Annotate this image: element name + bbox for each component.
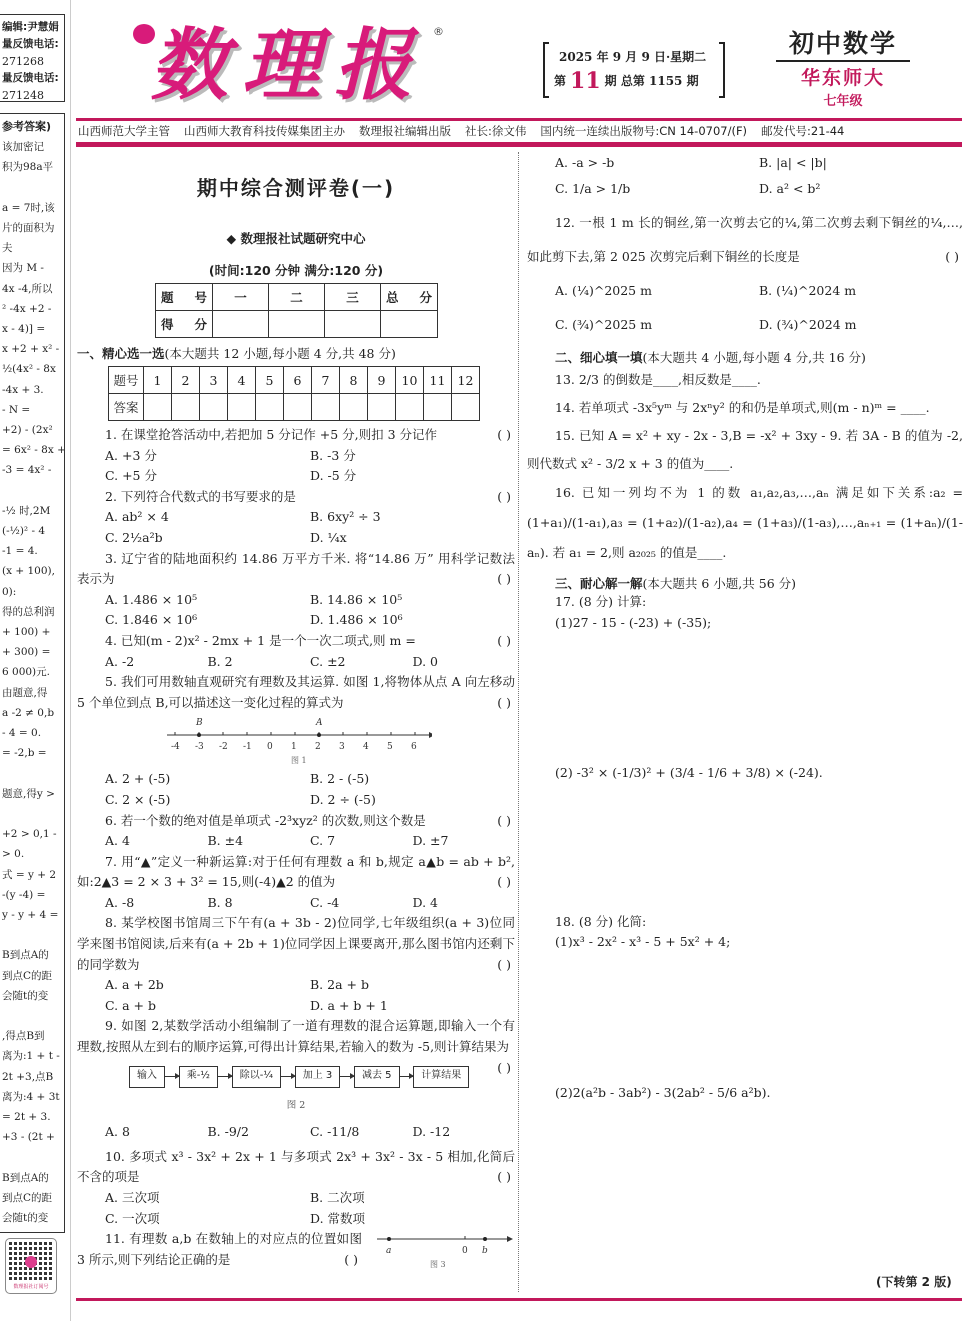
qr-code[interactable]: 数理报社订阅号 <box>5 1238 57 1294</box>
score-header-2: 二 <box>269 284 325 311</box>
answer-number-5: 5 <box>256 367 284 394</box>
question-17: 17. (8 分) 计算: (1)27 - 15 - (-23) + (-35)… <box>527 592 963 912</box>
answer-cell-8[interactable] <box>340 394 368 421</box>
svg-text:6: 6 <box>411 742 417 752</box>
score-header-total: 总 分 <box>381 284 438 311</box>
answer-line: > 0. <box>2 844 61 864</box>
svg-text:-1: -1 <box>243 742 252 752</box>
q7-option-b: B. 8 <box>208 893 311 914</box>
answer-line: -1 = 4. <box>2 541 61 561</box>
left-column: 期中综合测评卷(一) ◆ 数理报社试题研究中心 (时间:120 分钟 满分:12… <box>77 152 515 1270</box>
answer-line: a = 7时,该 <box>2 198 61 218</box>
q8-stem: 8. 某学校图书馆周三下午有(a + 3b - 2)位同学,七年级组织(a + … <box>77 915 515 971</box>
svg-text:4: 4 <box>363 742 369 752</box>
q5-option-c: C. 2 × (-5) <box>105 790 310 811</box>
question-9: 9. 如图 2,某数学活动小组编制了一道有理数的混合运算题,即输入一个有理数,按… <box>77 1016 515 1142</box>
q11-option-c: C. 1/a > 1/b <box>555 176 759 202</box>
question-14: 14. 若单项式 -3x⁵yᵐ 与 2xⁿy² 的和仍是单项式,则(m - n)… <box>527 394 963 422</box>
svg-text:0: 0 <box>462 1246 468 1256</box>
answer-line <box>2 764 61 784</box>
q17-part1-answer-space[interactable] <box>527 633 963 763</box>
section1-heading: 一、精心选一选(本大题共 12 小题,每小题 4 分,共 48 分) <box>77 344 515 362</box>
q6-answer-paren[interactable]: ( ) <box>469 811 511 832</box>
qr-logo-icon <box>25 1256 37 1268</box>
answer-line: - N = <box>2 400 61 420</box>
q12-option-a: A. (¼)^2025 m <box>555 274 759 308</box>
q18-part1-answer-space[interactable] <box>527 953 963 1083</box>
answer-line: B到点A的 <box>2 945 61 965</box>
bracket-right <box>719 42 725 98</box>
svg-text:1: 1 <box>291 742 297 752</box>
answer-line: ½(4x² - 8x <box>2 359 61 379</box>
answer-line: 题意,得y > <box>2 784 61 804</box>
svg-text:图 1: 图 1 <box>291 756 307 765</box>
score-cell-total[interactable] <box>381 311 438 338</box>
answer-line: -4x + 3. <box>2 380 61 400</box>
answer-line: 到点C的距 <box>2 966 61 986</box>
question-2: 2. 下列符合代数式的书写要求的是( ) A. ab² × 4B. 6xy² ÷… <box>77 487 515 549</box>
q6-option-b: B. ±4 <box>208 831 311 852</box>
q10-option-d: D. 常数项 <box>310 1209 515 1230</box>
answer-line: + 100) + <box>2 622 61 642</box>
q4-option-c: C. ±2 <box>310 652 413 673</box>
q17-part2: (2) -3² × (-1/3)² + (3/4 - 1/6 + 3/8) × … <box>527 763 963 784</box>
q5-option-a: A. 2 + (-5) <box>105 769 310 790</box>
q12-option-d: D. (¾)^2024 m <box>759 308 963 342</box>
feedback-phone-2: 271248 <box>2 87 61 102</box>
answer-number-6: 6 <box>284 367 312 394</box>
flow-arrow-icon <box>165 1076 179 1077</box>
registered-mark: ® <box>433 25 444 38</box>
q10-option-c: C. 一次项 <box>105 1209 310 1230</box>
answer-line: a -2 ≠ 0,b <box>2 703 61 723</box>
q5-option-d: D. 2 ÷ (-5) <box>310 790 515 811</box>
answer-line: 离为:4 + 3t <box>2 1087 61 1107</box>
exam-source: ◆ 数理报社试题研究中心 <box>77 229 515 247</box>
answer-line <box>2 1006 61 1026</box>
answer-line <box>2 178 61 198</box>
svg-text:a: a <box>386 1246 391 1256</box>
answer-line: 得的总利润 <box>2 602 61 622</box>
answer-cell-1[interactable] <box>144 394 172 421</box>
figure-1-number-line: -4-3B-2-1012A3456图 1 <box>167 713 432 769</box>
answer-line: ² -4x +2 - <box>2 299 61 319</box>
newspaper-logo: 数理报 <box>130 18 450 113</box>
q2-option-c: C. 2½a²b <box>105 528 310 549</box>
q4-answer-paren[interactable]: ( ) <box>469 631 511 652</box>
answer-line: 片的面积为 <box>2 218 61 238</box>
strip-divider <box>70 0 71 1321</box>
exam-title: 期中综合测评卷(一) <box>77 172 515 201</box>
score-cell-1[interactable] <box>213 311 269 338</box>
section1-note: (本大题共 12 小题,每小题 4 分,共 48 分) <box>165 346 396 361</box>
figure-2-flowchart: 输入 乘-½ 除以-¼ 加上 3 减去 5 计算结果 <box>129 1066 469 1088</box>
answer-line: = 6x² - 8x + <box>2 440 61 460</box>
question-13: 13. 2/3 的倒数是____,相反数是____. <box>527 366 963 394</box>
answer-line <box>2 804 61 824</box>
answer-number-2: 2 <box>172 367 200 394</box>
answer-line: 0): <box>2 582 61 602</box>
answer-line: x - 4)] = <box>2 319 61 339</box>
subject-title: 初中数学 <box>776 28 910 62</box>
previous-answers-box: 参考答案) 该加密记积为98a平 a = 7时,该片的面积为夫因为 M -4x … <box>0 113 65 1233</box>
question-8: 8. 某学校图书馆周三下午有(a + 3b - 2)位同学,七年级组织(a + … <box>77 913 515 1016</box>
q8-option-b: B. 2a + b <box>310 975 515 996</box>
answer-line: 因为 M - <box>2 258 61 278</box>
svg-text:-4: -4 <box>171 742 180 752</box>
feedback-label-1: 量反馈电话: <box>2 36 61 53</box>
q18-stem: 18. (8 分) 化简: <box>527 912 963 933</box>
number-line-graphic: -4-3B-2-1012A3456图 1 <box>167 713 432 769</box>
answer-number-9: 9 <box>368 367 396 394</box>
flow-subtract: 减去 5 <box>354 1066 400 1088</box>
question-3: 3. 辽宁省的陆地面积约 14.86 万平方千米. 将“14.86 万” 用科学… <box>77 549 515 631</box>
answer-cell-2[interactable] <box>172 394 200 421</box>
q7-option-c: C. -4 <box>310 893 413 914</box>
q8-option-a: A. a + 2b <box>105 975 310 996</box>
q7-option-a: A. -8 <box>105 893 208 914</box>
score-header-1: 一 <box>213 284 269 311</box>
question-18: 18. (8 分) 化简: (1)x³ - 2x² - x³ - 5 + 5x²… <box>527 912 963 1244</box>
answer-line: (-½)² - 4 <box>2 521 61 541</box>
answer-cell-10[interactable] <box>396 394 424 421</box>
answer-number-1: 1 <box>144 367 172 394</box>
q12-option-b: B. (¼)^2024 m <box>759 274 963 308</box>
svg-text:b: b <box>482 1246 488 1256</box>
question-16: 16. 已知一列均不为 1 的数 a₁,a₂,a₃,…,aₙ 满足如下关系:a₂… <box>527 478 963 568</box>
feedback-phone-1: 271268 <box>2 53 61 70</box>
q6-option-c: C. 7 <box>310 831 413 852</box>
section2-title: 二、细心填一填 <box>555 350 643 365</box>
answer-line <box>2 481 61 501</box>
answer-line: 离为:1 + t - <box>2 1046 61 1066</box>
q9-stem: 9. 如图 2,某数学活动小组编制了一道有理数的混合运算题,即输入一个有理数,按… <box>77 1018 515 1054</box>
score-row-label: 得 分 <box>156 311 213 338</box>
q3-answer-paren[interactable]: ( ) <box>469 569 511 590</box>
question-15: 15. 已知 A = x² + xy - 2x - 3,B = -x² + 3x… <box>527 422 963 478</box>
answer-number-12: 12 <box>452 367 480 394</box>
q18-part1: (1)x³ - 2x² - x³ - 5 + 5x² + 4; <box>527 932 963 953</box>
q14-text: 14. 若单项式 -3x⁵yᵐ 与 2xⁿy² 的和仍是单项式,则(m - n)… <box>527 394 963 422</box>
q10-answer-paren[interactable]: ( ) <box>469 1167 511 1188</box>
q11-option-d: D. a² < b² <box>759 176 963 202</box>
answer-table-number-label: 题号 <box>109 367 144 394</box>
q12-answer-paren[interactable]: ( ) <box>917 240 959 274</box>
info-postal-code: 邮发代号:21-44 <box>761 123 844 139</box>
flow-arrow-icon <box>218 1076 232 1077</box>
section3-title: 三、耐心解一解 <box>555 576 643 591</box>
score-cell-2[interactable] <box>269 311 325 338</box>
answer-line: 夫 <box>2 238 61 258</box>
feedback-label-2: 量反馈电话: <box>2 70 61 87</box>
q4-option-d: D. 0 <box>413 652 516 673</box>
q2-option-b: B. 6xy² ÷ 3 <box>310 507 515 528</box>
figure-3-number-line: a 0 b 图 3 <box>375 1231 515 1271</box>
answer-cell-3[interactable] <box>200 394 228 421</box>
date-issue-block: 2025 年 9 月 9 日·星期二 第11期 总第 1155 期 <box>543 42 725 98</box>
score-cell-3[interactable] <box>325 311 381 338</box>
q1-answer-paren[interactable]: ( ) <box>469 425 511 446</box>
svg-text:5: 5 <box>387 742 393 752</box>
svg-text:图 3: 图 3 <box>430 1260 446 1269</box>
answer-number-3: 3 <box>200 367 228 394</box>
section2-note: (本大题共 4 小题,每小题 4 分,共 16 分) <box>643 350 866 365</box>
answer-line: 6 000)元. <box>2 662 61 682</box>
page-bottom-rule <box>76 1298 962 1301</box>
flow-input: 输入 <box>129 1066 165 1088</box>
info-publisher: 数理报社编辑出版 <box>359 123 451 139</box>
question-4: 4. 已知(m - 2)x² - 2mx + 1 是一个一次二项式,则 m =(… <box>77 631 515 672</box>
answer-table: 题号123456789101112 答案 <box>108 366 480 421</box>
svg-text:-3: -3 <box>195 742 204 752</box>
qr-pattern <box>9 1242 53 1282</box>
info-president: 社长:徐文伟 <box>465 123 526 139</box>
exam-time-limit: (时间:120 分钟 满分:120 分) <box>77 261 515 279</box>
masthead-rule-bottom <box>76 142 962 147</box>
answer-cell-9[interactable] <box>368 394 396 421</box>
question-1: 1. 在课堂抢答活动中,若把加 5 分记作 +5 分,则扣 3 分记作( ) A… <box>77 425 515 487</box>
q9-option-a: A. 8 <box>105 1122 208 1143</box>
answer-line: x +2 + x² - <box>2 339 61 359</box>
answer-lines: 该加密记积为98a平 a = 7时,该片的面积为夫因为 M -4x -4,所以²… <box>2 137 61 1233</box>
q6-option-a: A. 4 <box>105 831 208 852</box>
answer-line: B到点A的 <box>2 1168 61 1188</box>
q1-stem: 1. 在课堂抢答活动中,若把加 5 分记作 +5 分,则扣 3 分记作 <box>105 427 437 442</box>
flow-arrow-icon <box>340 1076 354 1077</box>
q9-answer-paren[interactable]: ( ) <box>469 1058 511 1079</box>
answer-line: y - y + 4 = <box>2 905 61 925</box>
flow-multiply: 乘-½ <box>179 1066 218 1088</box>
q8-answer-paren[interactable]: ( ) <box>469 955 511 976</box>
issue-line: 第11期 总第 1155 期 <box>554 68 699 94</box>
section3-note: (本大题共 6 小题,共 56 分) <box>643 576 796 591</box>
answer-line: 积为98a平 <box>2 157 61 177</box>
q6-stem: 6. 若一个数的绝对值是单项式 -2³xyz² 的次数,则这个数是 <box>105 813 426 828</box>
q18-part2-answer-space[interactable] <box>527 1104 963 1244</box>
q7-stem: 7. 用“▲”定义一种新运算:对于任何有理数 a 和 b,规定 a▲b = ab… <box>77 854 515 890</box>
answer-cell-11[interactable] <box>424 394 452 421</box>
flow-arrow-icon <box>281 1076 295 1077</box>
q1-option-a: A. +3 分 <box>105 446 310 467</box>
editor-contact-box: 编辑:尹慧娟 量反馈电话: 271268 量反馈电话: 271248 <box>0 14 65 102</box>
answer-line: 式 = y + 2 <box>2 865 61 885</box>
q5-stem: 5. 我们可用数轴直观研究有理数及其运算. 如图 1,将物体从点 A 向左移动 … <box>77 674 515 710</box>
q18-part2: (2)2(a²b - 3ab²) - 3(2ab² - 5/6 a²b). <box>527 1083 963 1104</box>
column-divider <box>518 152 519 1292</box>
q2-answer-paren[interactable]: ( ) <box>469 487 511 508</box>
answer-line: +3 - (2t + <box>2 1127 61 1147</box>
answer-number-10: 10 <box>396 367 424 394</box>
q7-answer-paren[interactable]: ( ) <box>469 872 511 893</box>
flow-divide: 除以-¼ <box>232 1066 281 1088</box>
answer-line: -(y -4) = <box>2 885 61 905</box>
continued-notice: (下转第 2 版) <box>876 1273 952 1290</box>
section1-title: 一、精心选一选 <box>77 346 165 361</box>
q9-option-d: D. -12 <box>413 1122 516 1143</box>
answer-number-11: 11 <box>424 367 452 394</box>
answer-number-8: 8 <box>340 367 368 394</box>
q3-option-a: A. 1.486 × 10⁵ <box>105 590 310 611</box>
q3-option-c: C. 1.846 × 10⁶ <box>105 610 310 631</box>
q5-option-b: B. 2 - (-5) <box>310 769 515 790</box>
answer-cell-7[interactable] <box>312 394 340 421</box>
q2-option-d: D. ¼x <box>310 528 515 549</box>
answer-line: 到点C的距 <box>2 1188 61 1208</box>
answer-line: 会随t的变 <box>2 1208 61 1228</box>
answer-line: -3 = 4x² - <box>2 460 61 480</box>
q1-option-b: B. -3 分 <box>310 446 515 467</box>
answer-line <box>2 925 61 945</box>
answer-line: 其值为0. <box>2 1228 61 1233</box>
q8-option-d: D. a + b + 1 <box>310 996 515 1017</box>
svg-text:0: 0 <box>267 742 273 752</box>
answer-number-7: 7 <box>312 367 340 394</box>
q9-option-b: B. -9/2 <box>208 1122 311 1143</box>
issue-prefix: 第 <box>554 74 566 88</box>
q10-option-a: A. 三次项 <box>105 1188 310 1209</box>
qr-caption: 数理报社订阅号 <box>9 1283 53 1290</box>
answer-cell-6[interactable] <box>284 394 312 421</box>
issue-total: 期 总第 1155 期 <box>605 74 699 88</box>
q12-stem: 12. 一根 1 m 长的铜丝,第一次剪去它的¼,第二次剪去剩下铜丝的¼,…,如… <box>527 215 963 264</box>
answer-line: = -2,b = <box>2 743 61 763</box>
figure-2-caption: 图 2 <box>77 1096 515 1117</box>
answer-line: ,得点B到 <box>2 1026 61 1046</box>
answer-line: 4x -4,所以 <box>2 279 61 299</box>
info-cn-number: 国内统一连续出版物号:CN 14-0707/(F) <box>540 123 747 139</box>
q4-stem: 4. 已知(m - 2)x² - 2mx + 1 是一个一次二项式,则 m = <box>105 633 416 648</box>
q11-option-b: B. |a| < |b| <box>759 150 963 176</box>
answer-table-answer-label: 答案 <box>109 394 144 421</box>
editor-line: 编辑:尹慧娟 <box>2 19 61 36</box>
q2-option-a: A. ab² × 4 <box>105 507 310 528</box>
q12-option-c: C. (¾)^2025 m <box>555 308 759 342</box>
answer-line: = 2t + 3. <box>2 1107 61 1127</box>
q15-text: 15. 已知 A = x² + xy - 2x - 3,B = -x² + 3x… <box>527 422 963 478</box>
question-12: 12. 一根 1 m 长的铜丝,第一次剪去它的¼,第二次剪去剩下铜丝的¼,…,如… <box>527 206 963 342</box>
q11-option-a: A. -a > -b <box>555 150 759 176</box>
q11-answer-paren[interactable]: ( ) <box>316 1250 358 1271</box>
publication-info: 山西师范大学主管 山西师大教育科技传媒集团主办 数理报社编辑出版 社长:徐文伟 … <box>78 123 962 139</box>
q4-option-a: A. -2 <box>105 652 208 673</box>
q7-option-d: D. 4 <box>413 893 516 914</box>
flow-result: 计算结果 <box>413 1066 469 1088</box>
q3-option-b: B. 14.86 × 10⁵ <box>310 590 515 611</box>
q1-option-c: C. +5 分 <box>105 466 310 487</box>
svg-text:-2: -2 <box>219 742 228 752</box>
svg-text:2: 2 <box>315 742 321 752</box>
question-5: 5. 我们可用数轴直观研究有理数及其运算. 如图 1,将物体从点 A 向左移动 … <box>77 672 515 810</box>
answer-line: 会随t的变 <box>2 986 61 1006</box>
question-11: 11. 有理数 a,b 在数轴上的对应点的位置如图 3 所示,则下列结论正确的是… <box>77 1229 515 1270</box>
q17-part1: (1)27 - 15 - (-23) + (-35); <box>527 613 963 634</box>
issue-date: 2025 年 9 月 9 日·星期二 <box>559 48 706 65</box>
edition-publisher: 华东师大 <box>776 63 910 90</box>
answer-cell-4[interactable] <box>228 394 256 421</box>
question-10: 10. 多项式 x³ - 3x² + 2x + 1 与多项式 2x³ + 3x²… <box>77 1147 515 1229</box>
q13-text: 13. 2/3 的倒数是____,相反数是____. <box>527 366 963 394</box>
q16-text: 16. 已知一列均不为 1 的数 a₁,a₂,a₃,…,aₙ 满足如下关系:a₂… <box>527 478 963 568</box>
q6-option-d: D. ±7 <box>413 831 516 852</box>
answer-line: -½ 时,2M <box>2 501 61 521</box>
bracket-left <box>543 42 549 98</box>
answer-line: 2t +3,点B <box>2 1067 61 1087</box>
answer-line: 该加密记 <box>2 137 61 157</box>
answer-line: (x + 100), <box>2 561 61 581</box>
q3-option-d: D. 1.486 × 10⁶ <box>310 610 515 631</box>
answer-line: + 300) = <box>2 642 61 662</box>
score-header-label: 题 号 <box>156 284 213 311</box>
question-11-options: A. -a > -bB. |a| < |b|C. 1/a > 1/bD. a² … <box>527 150 963 202</box>
q10-option-b: B. 二次项 <box>310 1188 515 1209</box>
answers-header: 参考答案) <box>2 117 61 137</box>
grade-label: 七年级 <box>776 90 910 109</box>
answer-line <box>2 1147 61 1167</box>
section3-heading: 三、耐心解一解(本大题共 6 小题,共 56 分) <box>527 574 963 592</box>
flow-arrow-icon <box>400 1076 414 1077</box>
q10-stem: 10. 多项式 x³ - 3x² + 2x + 1 与多项式 2x³ + 3x²… <box>77 1149 515 1185</box>
q17-stem: 17. (8 分) 计算: <box>527 592 963 613</box>
q2-stem: 2. 下列符合代数式的书写要求的是 <box>105 489 296 504</box>
masthead-rule-top <box>76 118 962 121</box>
issue-number: 11 <box>570 68 601 94</box>
answer-line: +2 > 0,1 - <box>2 824 61 844</box>
section2-heading: 二、细心填一填(本大题共 4 小题,每小题 4 分,共 16 分) <box>527 348 963 366</box>
svg-text:A: A <box>315 718 323 728</box>
svg-text:3: 3 <box>339 742 345 752</box>
score-table: 题 号 一 二 三 总 分 得 分 <box>155 283 438 338</box>
q5-answer-paren[interactable]: ( ) <box>469 693 511 714</box>
flow-add: 加上 3 <box>295 1066 341 1088</box>
answer-line: +2) - (2x² <box>2 420 61 440</box>
answer-line: 由题意,得 <box>2 683 61 703</box>
question-6: 6. 若一个数的绝对值是单项式 -2³xyz² 的次数,则这个数是( ) A. … <box>77 811 515 852</box>
info-supervisor: 山西师范大学主管 <box>78 123 170 139</box>
info-sponsor: 山西师大教育科技传媒集团主办 <box>184 123 345 139</box>
answer-number-4: 4 <box>228 367 256 394</box>
q3-stem: 3. 辽宁省的陆地面积约 14.86 万平方千米. 将“14.86 万” 用科学… <box>77 551 515 587</box>
q17-part2-answer-space[interactable] <box>527 784 963 912</box>
answer-line: - 4 = 0. <box>2 723 61 743</box>
svg-text:B: B <box>195 718 203 728</box>
right-column: A. -a > -bB. |a| < |b|C. 1/a > 1/bD. a² … <box>527 150 963 1244</box>
question-7: 7. 用“▲”定义一种新运算:对于任何有理数 a 和 b,规定 a▲b = ab… <box>77 852 515 914</box>
q9-option-c: C. -11/8 <box>310 1122 413 1143</box>
q1-option-d: D. -5 分 <box>310 466 515 487</box>
answer-cell-5[interactable] <box>256 394 284 421</box>
score-header-3: 三 <box>325 284 381 311</box>
answer-cell-12[interactable] <box>452 394 480 421</box>
q8-option-c: C. a + b <box>105 996 310 1017</box>
q4-option-b: B. 2 <box>208 652 311 673</box>
